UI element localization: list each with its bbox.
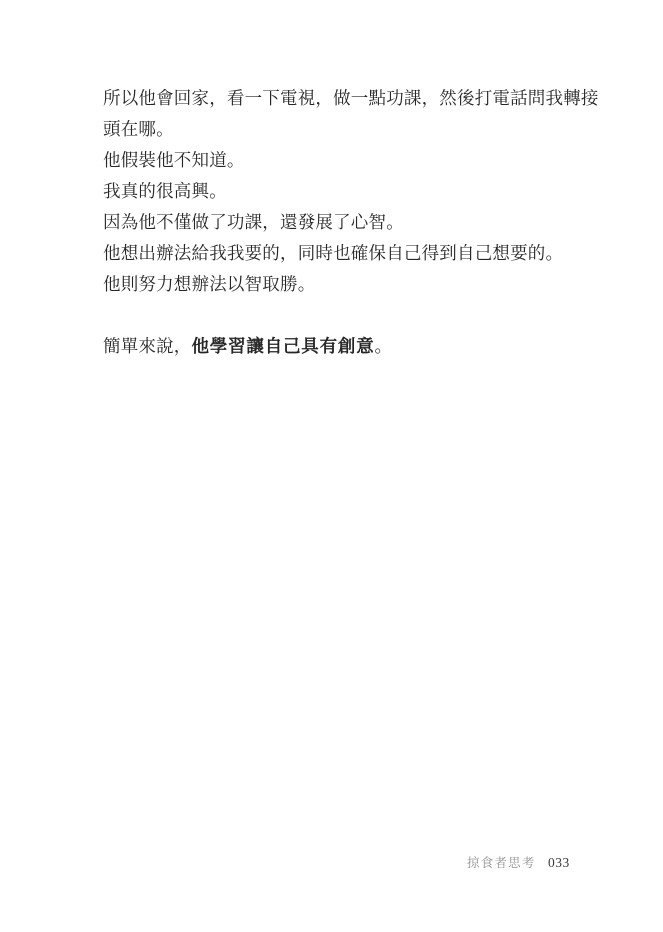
- summary-line: 簡單來說，他學習讓自己具有創意。: [103, 331, 608, 362]
- text-line: 頭在哪。: [103, 114, 608, 145]
- text-line: 因為他不僅做了功課，還發展了心智。: [103, 207, 608, 238]
- text-line: 他想出辦法給我我要的，同時也確保自己得到自己想要的。: [103, 238, 608, 269]
- text-line: 他則努力想辦法以智取勝。: [103, 269, 608, 300]
- page-footer: 掠食者思考 033: [0, 854, 663, 874]
- summary-bold-text: 他學習讓自己具有創意: [192, 336, 375, 356]
- footer-book-title: 掠食者思考: [467, 854, 536, 872]
- summary-period: 。: [375, 336, 393, 356]
- book-page: 所以他會回家，看一下電視，做一點功課，然後打電話問我轉接 頭在哪。 他假裝他不知…: [0, 0, 663, 932]
- footer-page-number: 033: [548, 854, 570, 872]
- body-text: 所以他會回家，看一下電視，做一點功課，然後打電話問我轉接 頭在哪。 他假裝他不知…: [103, 83, 608, 362]
- text-line: 我真的很高興。: [103, 176, 608, 207]
- text-line: 他假裝他不知道。: [103, 145, 608, 176]
- summary-prefix: 簡單來說，: [103, 336, 192, 356]
- paragraph-gap: [103, 300, 608, 331]
- text-line: 所以他會回家，看一下電視，做一點功課，然後打電話問我轉接: [103, 83, 608, 114]
